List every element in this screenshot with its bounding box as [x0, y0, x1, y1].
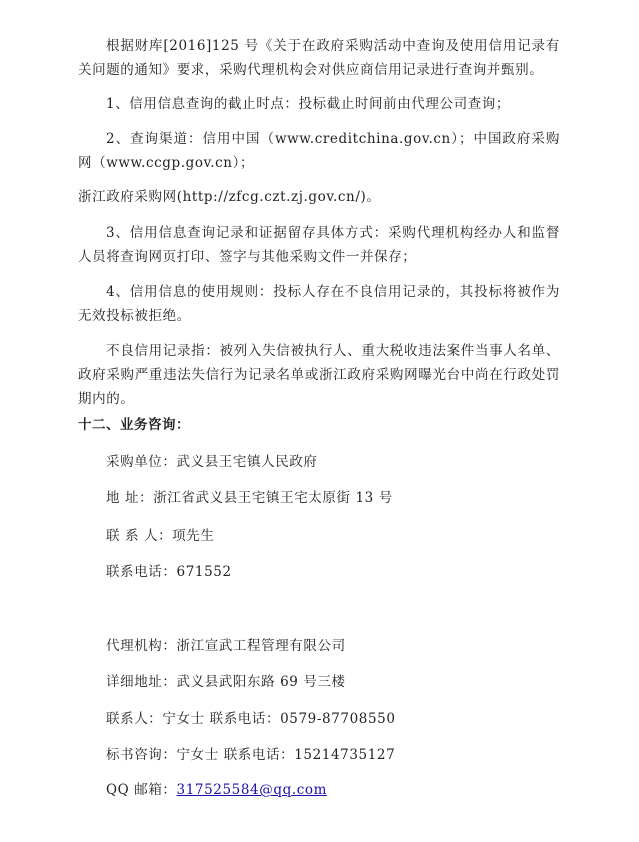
email-link[interactable]: 317525584@qq.com [177, 782, 327, 798]
intro-paragraph: 根据财库[2016]125 号《关于在政府采购活动中查询及使用信用记录有关问题的… [78, 34, 560, 82]
purchaser-unit: 采购单位：武义县王宅镇人民政府 [106, 453, 318, 471]
agency-email-line: QQ 邮箱：317525584@qq.com [106, 781, 327, 799]
bad-record-definition: 不良信用记录指：被列入失信被执行人、重大税收违法案件当事人名单、政府采购严重违法… [78, 339, 560, 411]
agency-name: 代理机构：浙江宣武工程管理有限公司 [106, 637, 346, 655]
email-label: QQ 邮箱： [106, 782, 177, 798]
credit-item-2-zhejiang: 浙江政府采购网(http://zfcg.czt.zj.gov.cn/)。 [78, 188, 380, 206]
agency-address: 详细地址：武义县武阳东路 69 号三楼 [106, 673, 346, 691]
purchaser-phone: 联系电话：671552 [106, 563, 232, 581]
credit-item-4: 4、信用信息的使用规则：投标人存在不良信用记录的，其投标将被作为无效投标被拒绝。 [78, 280, 560, 328]
credit-item-2: 2、查询渠道：信用中国（www.creditchina.gov.cn）；中国政府… [78, 127, 560, 175]
credit-item-3: 3、信用信息查询记录和证据留存具体方式：采购代理机构经办人和监督人员将查询网页打… [78, 221, 560, 269]
section-heading: 十二、业务咨询： [78, 416, 190, 434]
agency-contact: 联系人：宁女士 联系电话：0579-87708550 [106, 710, 396, 728]
purchaser-address: 地 址：浙江省武义县王宅镇王宅太原街 13 号 [106, 489, 393, 507]
agency-bid-consult: 标书咨询：宁女士 联系电话：15214735127 [106, 746, 395, 764]
purchaser-contact: 联 系 人：项先生 [106, 527, 214, 545]
credit-item-1: 1、信用信息查询的截止时点：投标截止时间前由代理公司查询； [78, 92, 560, 116]
